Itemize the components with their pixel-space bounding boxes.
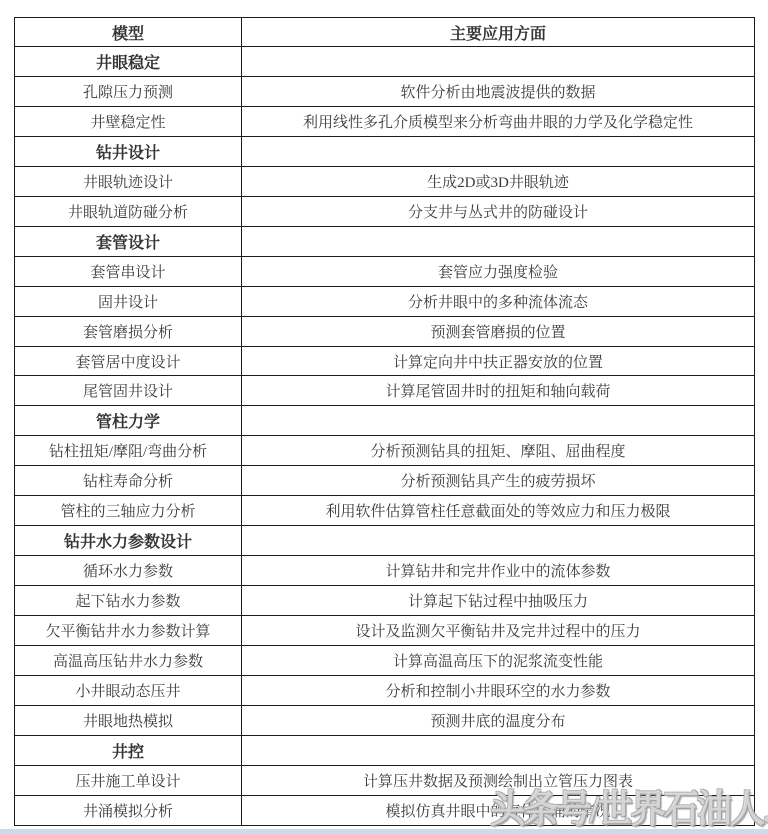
table-row: 小井眼动态压井分析和控制小井眼环空的水力参数 [15, 676, 755, 706]
header-row: 模型 主要应用方面 [15, 18, 755, 47]
table-row: 井眼地热模拟预测井底的温度分布 [15, 705, 755, 735]
section-row: 井控 [15, 735, 755, 765]
table-body: 井眼稳定孔隙压力预测软件分析由地震波提供的数据井壁稳定性利用线性多孔介质模型来分… [15, 47, 755, 826]
table-row: 管柱的三轴应力分析利用软件估算管柱任意截面处的等效应力和压力极限 [15, 496, 755, 526]
table-row: 孔隙压力预测软件分析由地震波提供的数据 [15, 76, 755, 106]
model-cell: 井眼稳定 [15, 47, 242, 77]
application-cell: 计算定向井中扶正器安放的位置 [242, 346, 755, 376]
application-cell: 分析预测钻具产生的疲劳损坏 [242, 466, 755, 496]
table-row: 起下钻水力参数计算起下钻过程中抽吸压力 [15, 586, 755, 616]
model-cell: 循环水力参数 [15, 556, 242, 586]
section-row: 套管设计 [15, 226, 755, 256]
application-cell: 计算压井数据及预测绘制出立管压力图表 [242, 765, 755, 795]
application-cell: 分析和控制小井眼环空的水力参数 [242, 676, 755, 706]
application-cell [242, 406, 755, 436]
application-cell: 分析预测钻具的扭矩、摩阻、屈曲程度 [242, 436, 755, 466]
model-cell: 管柱力学 [15, 406, 242, 436]
application-cell: 预测套管磨损的位置 [242, 316, 755, 346]
application-cell: 利用线性多孔介质模型来分析弯曲井眼的力学及化学稳定性 [242, 106, 755, 136]
section-row: 管柱力学 [15, 406, 755, 436]
model-cell: 欠平衡钻井水力参数计算 [15, 616, 242, 646]
bottom-strip [0, 829, 768, 834]
model-cell: 井控 [15, 735, 242, 765]
table-row: 高温高压钻井水力参数计算高温高压下的泥浆流变性能 [15, 646, 755, 676]
table-row: 井壁稳定性利用线性多孔介质模型来分析弯曲井眼的力学及化学稳定性 [15, 106, 755, 136]
model-cell: 井眼轨道防碰分析 [15, 196, 242, 226]
application-cell: 预测井底的温度分布 [242, 705, 755, 735]
model-cell: 套管设计 [15, 226, 242, 256]
table-row: 钻柱扭矩/摩阻/弯曲分析分析预测钻具的扭矩、摩阻、屈曲程度 [15, 436, 755, 466]
model-cell: 套管磨损分析 [15, 316, 242, 346]
application-cell: 设计及监测欠平衡钻井及完井过程中的压力 [242, 616, 755, 646]
application-cell: 模拟仿真井眼中的气体气涌的情况 [242, 795, 755, 825]
table-row: 尾管固井设计计算尾管固井时的扭矩和轴向载荷 [15, 376, 755, 406]
application-cell [242, 735, 755, 765]
model-cell: 小井眼动态压井 [15, 676, 242, 706]
column-header-application: 主要应用方面 [242, 18, 755, 47]
section-row: 钻井设计 [15, 136, 755, 166]
application-cell [242, 526, 755, 556]
table-row: 井眼轨迹设计生成2D或3D井眼轨迹 [15, 166, 755, 196]
column-header-model: 模型 [15, 18, 242, 47]
model-cell: 套管串设计 [15, 256, 242, 286]
model-cell: 钻井设计 [15, 136, 242, 166]
model-cell: 起下钻水力参数 [15, 586, 242, 616]
application-cell: 分支井与丛式井的防碰设计 [242, 196, 755, 226]
table-row: 压井施工单设计计算压井数据及预测绘制出立管压力图表 [15, 765, 755, 795]
table-row: 套管串设计套管应力强度检验 [15, 256, 755, 286]
application-cell [242, 136, 755, 166]
table-row: 套管居中度设计计算定向井中扶正器安放的位置 [15, 346, 755, 376]
model-cell: 套管居中度设计 [15, 346, 242, 376]
model-cell: 井眼轨迹设计 [15, 166, 242, 196]
model-cell: 井眼地热模拟 [15, 705, 242, 735]
model-cell: 钻井水力参数设计 [15, 526, 242, 556]
application-cell: 分析井眼中的多种流体流态 [242, 286, 755, 316]
application-cell: 利用软件估算管柱任意截面处的等效应力和压力极限 [242, 496, 755, 526]
model-cell: 尾管固井设计 [15, 376, 242, 406]
model-cell: 井壁稳定性 [15, 106, 242, 136]
application-cell [242, 226, 755, 256]
model-cell: 管柱的三轴应力分析 [15, 496, 242, 526]
section-row: 井眼稳定 [15, 47, 755, 77]
table-row: 井眼轨道防碰分析分支井与丛式井的防碰设计 [15, 196, 755, 226]
application-cell: 计算起下钻过程中抽吸压力 [242, 586, 755, 616]
application-cell: 计算钻井和完井作业中的流体参数 [242, 556, 755, 586]
table-row: 固井设计分析井眼中的多种流体流态 [15, 286, 755, 316]
table-row: 钻柱寿命分析分析预测钻具产生的疲劳损坏 [15, 466, 755, 496]
application-cell: 软件分析由地震波提供的数据 [242, 76, 755, 106]
section-row: 钻井水力参数设计 [15, 526, 755, 556]
table-row: 循环水力参数计算钻井和完井作业中的流体参数 [15, 556, 755, 586]
table-row: 井涌模拟分析模拟仿真井眼中的气体气涌的情况 [15, 795, 755, 825]
application-cell: 套管应力强度检验 [242, 256, 755, 286]
table-row: 欠平衡钻井水力参数计算设计及监测欠平衡钻井及完井过程中的压力 [15, 616, 755, 646]
model-cell: 钻柱寿命分析 [15, 466, 242, 496]
application-cell: 生成2D或3D井眼轨迹 [242, 166, 755, 196]
model-cell: 高温高压钻井水力参数 [15, 646, 242, 676]
model-cell: 钻柱扭矩/摩阻/弯曲分析 [15, 436, 242, 466]
model-cell: 井涌模拟分析 [15, 795, 242, 825]
application-cell: 计算高温高压下的泥浆流变性能 [242, 646, 755, 676]
model-cell: 孔隙压力预测 [15, 76, 242, 106]
model-cell: 压井施工单设计 [15, 765, 242, 795]
model-application-table: 模型 主要应用方面 井眼稳定孔隙压力预测软件分析由地震波提供的数据井壁稳定性利用… [14, 17, 755, 826]
table-row: 套管磨损分析预测套管磨损的位置 [15, 316, 755, 346]
application-cell [242, 47, 755, 77]
model-cell: 固井设计 [15, 286, 242, 316]
application-cell: 计算尾管固井时的扭矩和轴向载荷 [242, 376, 755, 406]
